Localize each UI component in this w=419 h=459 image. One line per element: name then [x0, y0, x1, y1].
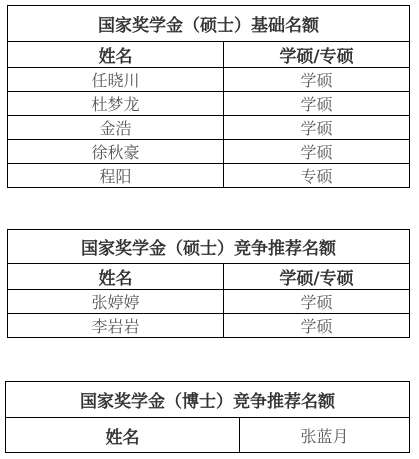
column-header-name: 姓名	[8, 42, 224, 68]
table-master-basic-quota: 国家奖学金（硕士）基础名额 姓名 学硕/专硕 任晓川 学硕 杜梦龙 学硕 金浩 …	[7, 5, 410, 188]
table-row: 杜梦龙 学硕	[8, 92, 410, 116]
degree-type: 学硕	[224, 314, 410, 338]
student-name: 任晓川	[8, 68, 224, 92]
table-row: 任晓川 学硕	[8, 68, 410, 92]
table-master-competitive-quota: 国家奖学金（硕士）竞争推荐名额 姓名 学硕/专硕 张婷婷 学硕 李岩岩 学硕	[7, 229, 410, 338]
degree-type: 学硕	[224, 92, 410, 116]
table-title: 国家奖学金（硕士）基础名额	[8, 6, 410, 42]
degree-type: 学硕	[224, 290, 410, 314]
name-label: 姓名	[6, 418, 240, 453]
degree-type: 学硕	[224, 68, 410, 92]
table-row: 程阳 专硕	[8, 164, 410, 188]
degree-type: 学硕	[224, 140, 410, 164]
student-name: 徐秋豪	[8, 140, 224, 164]
column-header-degree-type: 学硕/专硕	[224, 42, 410, 68]
table-row: 张婷婷 学硕	[8, 290, 410, 314]
table-title: 国家奖学金（博士）竞争推荐名额	[6, 382, 410, 418]
table-row: 徐秋豪 学硕	[8, 140, 410, 164]
student-name: 张蓝月	[240, 418, 410, 453]
student-name: 李岩岩	[8, 314, 224, 338]
degree-type: 学硕	[224, 116, 410, 140]
column-header-name: 姓名	[8, 264, 224, 290]
degree-type: 专硕	[224, 164, 410, 188]
student-name: 杜梦龙	[8, 92, 224, 116]
student-name: 张婷婷	[8, 290, 224, 314]
table-row: 李岩岩 学硕	[8, 314, 410, 338]
student-name: 程阳	[8, 164, 224, 188]
table-row: 姓名 张蓝月	[6, 418, 410, 453]
table-phd-competitive-quota: 国家奖学金（博士）竞争推荐名额 姓名 张蓝月	[5, 381, 410, 453]
table-row: 金浩 学硕	[8, 116, 410, 140]
student-name: 金浩	[8, 116, 224, 140]
column-header-degree-type: 学硕/专硕	[224, 264, 410, 290]
table-title: 国家奖学金（硕士）竞争推荐名额	[8, 230, 410, 264]
